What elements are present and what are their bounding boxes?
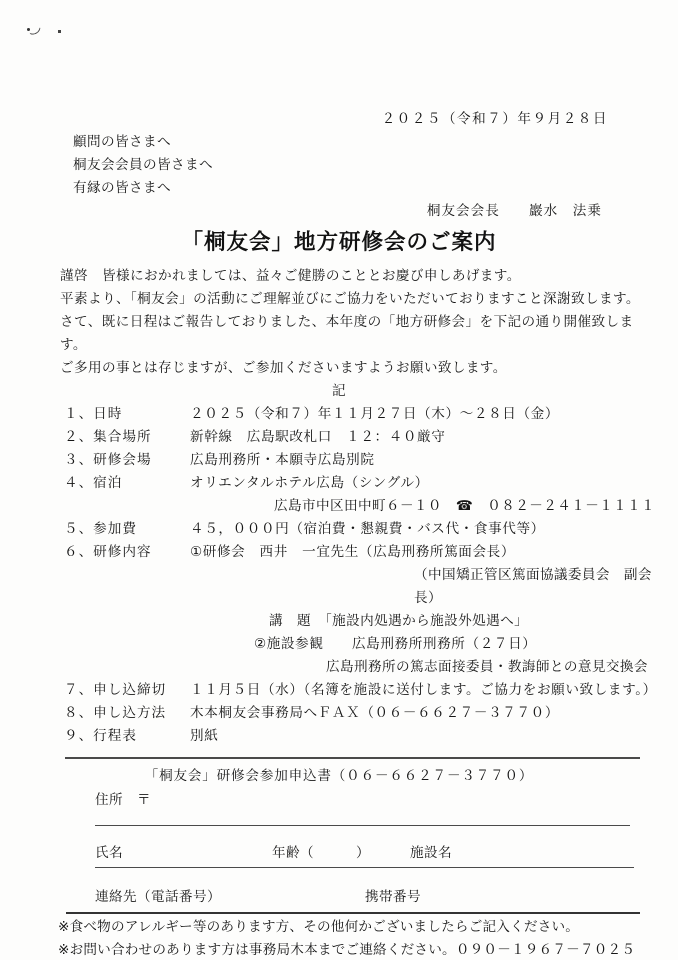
item-value: ①研修会 西井 一宜先生（広島刑務所篤面会長） xyxy=(190,541,658,564)
application-form-title: 「桐友会」研修会参加申込書（０６－６６２７－３７７０） xyxy=(0,765,678,788)
address-field-row: 住所 〒 xyxy=(95,789,678,812)
document-date: ２０２５（令和７）年９月２８日 xyxy=(0,108,678,131)
address-write-line xyxy=(95,825,630,826)
footnotes: ※食べ物のアレルギー等のあります方、その他何かございましたらご記入ください。 ※… xyxy=(58,916,678,960)
item-value: ２０２５（令和７）年１１月２７日（木）～２８日（金） xyxy=(190,403,658,426)
contact-label: 連絡先（電話番号） xyxy=(95,886,365,909)
item-value: １１月５日（水）（名簿を施設に送付します。ご協力をお願い致します。） xyxy=(190,679,658,702)
mobile-label: 携帯番号 xyxy=(365,886,421,909)
greeting-paragraph: 謹啓 皆様におかれましては、益々ご健勝のこととお慶び申しあげます。 平素より、「… xyxy=(60,265,652,380)
lecture-theme-line: 講 題 「施設内処遇から施設外処遇へ」 xyxy=(269,610,658,633)
item-value: 新幹線 広島駅改札口 １２：４０厳守 xyxy=(190,426,658,449)
recipient-list: 顧問の皆さまへ 桐友会会員の皆さまへ 有縁の皆さまへ xyxy=(73,131,678,200)
item-label: ５、参加費 xyxy=(64,518,190,541)
page-title: 「桐友会」地方研修会のご案内 xyxy=(0,228,678,258)
name-label: 氏名 xyxy=(95,842,272,865)
list-item-fee: ５、参加費 ４５，０００円（宿泊費・懇親費・バス代・食事代等） xyxy=(64,518,658,541)
recipient-line: 有縁の皆さまへ xyxy=(73,177,678,200)
greeting-line: 平素より、「桐友会」の活動にご理解並びにご協力をいただいておりますこと深謝致しま… xyxy=(60,288,652,311)
document-page: ２０２５（令和７）年９月２８日 顧問の皆さまへ 桐友会会員の皆さまへ 有縁の皆さ… xyxy=(0,0,678,960)
list-item-apply-method: ８、申し込方法 木本桐友会事務局へＦＡＸ（０６－６６２７－３７７０） xyxy=(64,702,658,725)
record-marker: 記 xyxy=(0,380,678,403)
recipient-line: 顧問の皆さまへ xyxy=(73,131,678,154)
list-item-deadline: ７、申し込締切 １１月５日（水）（名簿を施設に送付します。ご協力をお願い致します… xyxy=(64,679,658,702)
item-value: 広島刑務所・本願寺広島別院 xyxy=(190,449,658,472)
item-label: ２、集合場所 xyxy=(64,426,190,449)
list-item-program: ６、研修内容 ①研修会 西井 一宜先生（広島刑務所篤面会長） xyxy=(64,541,658,564)
allergy-note: ※食べ物のアレルギー等のあります方、その他何かございましたらご記入ください。 xyxy=(58,916,678,939)
sender-name: 桐友会会長 巖水 法乗 xyxy=(0,200,678,223)
item-label: ７、申し込締切 xyxy=(64,679,190,702)
contact-write-line xyxy=(66,912,640,914)
list-item-datetime: １、日時 ２０２５（令和７）年１１月２７日（木）～２８日（金） xyxy=(64,403,658,426)
item-value: 木本桐友会事務局へＦＡＸ（０６－６６２７－３７７０） xyxy=(190,702,658,725)
list-item-venue: ３、研修会場 広島刑務所・本願寺広島別院 xyxy=(64,449,658,472)
name-field-row: 氏名 年齢（ ） 施設名 xyxy=(95,842,678,865)
item-label: ４、宿泊 xyxy=(64,472,190,495)
exchange-meeting-line: 広島刑務所の篤志面接委員・教誨師との意見交換会 xyxy=(326,656,658,679)
contact-field-row: 連絡先（電話番号） 携帯番号 xyxy=(95,886,678,909)
address-label: 住所 〒 xyxy=(95,789,151,812)
item-label: ６、研修内容 xyxy=(64,541,190,564)
item-value: オリエンタルホテル広島（シングル） xyxy=(190,472,658,495)
age-label: 年齢（ ） xyxy=(272,842,410,865)
detail-list: １、日時 ２０２５（令和７）年１１月２７日（木）～２８日（金） ２、集合場所 新… xyxy=(64,403,658,748)
facility-visit-line: ②施設参観 広島刑務所刑務所（２７日） xyxy=(254,633,658,656)
name-write-line xyxy=(95,867,634,868)
lecturer-title-line: （中国矯正管区篤面協議委員会 副会長） xyxy=(414,564,658,610)
greeting-line: ご多用の事とは存じますが、ご参加くださいますようお願い致します。 xyxy=(60,357,652,380)
inquiry-note: ※お問い合わせのあります方は事務局木本までご連絡ください。０９０－１９６７－７０… xyxy=(58,939,678,960)
item-label: ８、申し込方法 xyxy=(64,702,190,725)
item-value: 別紙 xyxy=(190,725,658,748)
item-label: ３、研修会場 xyxy=(64,449,190,472)
item-label: ９、行程表 xyxy=(64,725,190,748)
list-item-itinerary: ９、行程表 別紙 xyxy=(64,725,658,748)
divider-line xyxy=(65,757,640,759)
item-value: ４５，０００円（宿泊費・懇親費・バス代・食事代等） xyxy=(190,518,658,541)
recipient-line: 桐友会会員の皆さまへ xyxy=(73,154,678,177)
list-item-lodging: ４、宿泊 オリエンタルホテル広島（シングル） xyxy=(64,472,658,495)
facility-label: 施設名 xyxy=(410,842,452,865)
list-item-meeting-place: ２、集合場所 新幹線 広島駅改札口 １２：４０厳守 xyxy=(64,426,658,449)
greeting-line: さて、既に日程はご報告しておりました、本年度の「地方研修会」を下記の通り開催致し… xyxy=(60,311,652,357)
greeting-line: 謹啓 皆様におかれましては、益々ご健勝のこととお慶び申しあげます。 xyxy=(60,265,652,288)
lodging-address: 広島市中区田中町６－１０ ☎ ０８２－２４１－１１１１ xyxy=(274,495,658,518)
item-label: １、日時 xyxy=(64,403,190,426)
scan-artifact xyxy=(25,26,65,38)
